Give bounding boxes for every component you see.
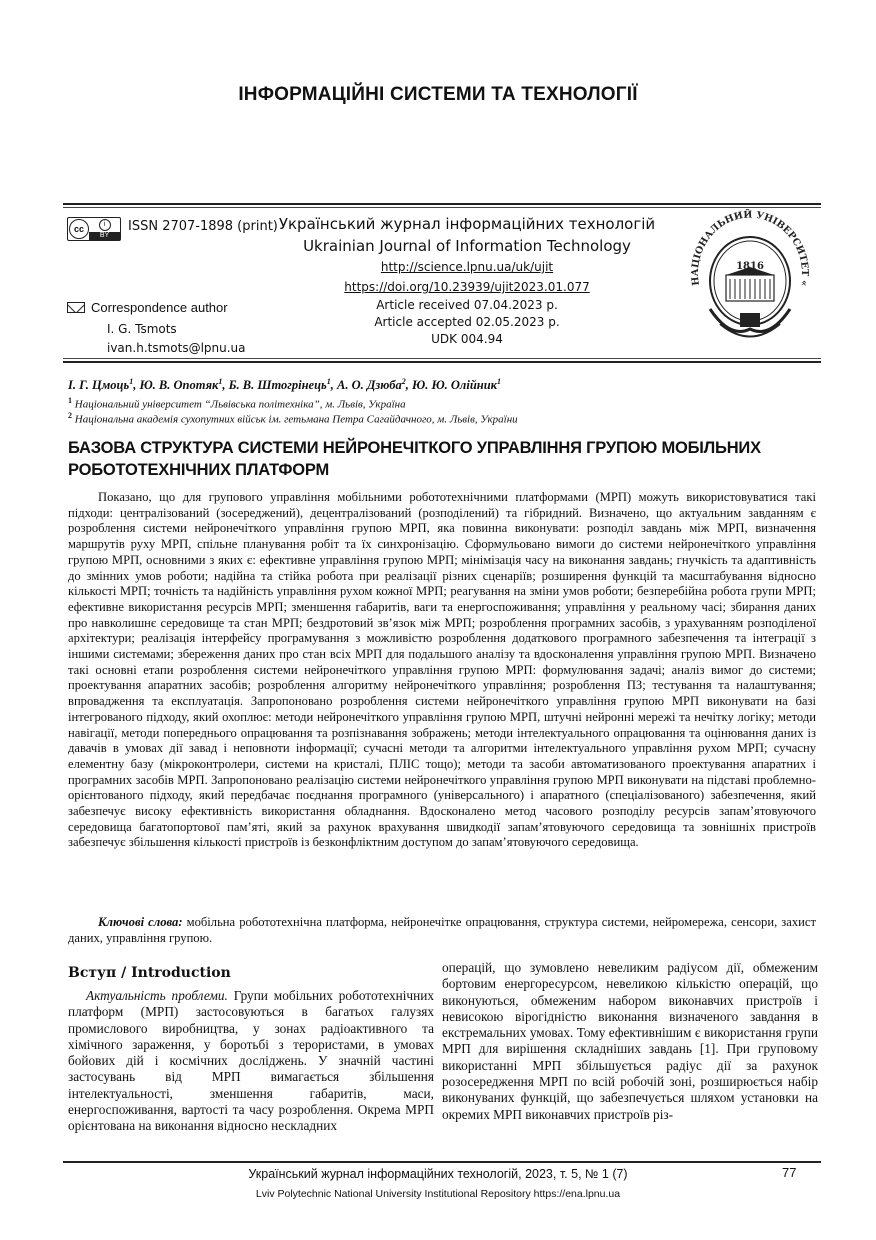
cc-logo: cc [69, 219, 89, 239]
left-column-text: Групи мобільних робототехнічних платформ… [68, 988, 434, 1133]
affiliation-2: 2 Національна академія сухопутних військ… [68, 411, 518, 426]
author-affiliation-mark: 2 [402, 377, 406, 386]
affiliation-text: Національна академія сухопутних військ і… [75, 414, 518, 426]
journal-title-uk: Український журнал інформаційних техноло… [273, 213, 661, 235]
creative-commons-by-icon: cc i BY [67, 217, 121, 241]
author-affiliation-mark: 1 [129, 377, 133, 386]
doi-link[interactable]: https://doi.org/10.23939/ujit2023.01.077 [273, 277, 661, 297]
accepted-date: Article accepted 02.05.2023 р. [273, 314, 661, 331]
udk: UDK 004.94 [273, 331, 661, 348]
article-info-box: cc i BY ISSN 2707-1898 (print) Correspon… [63, 203, 821, 363]
journal-url-link[interactable]: http://science.lpnu.ua/uk/ujit [273, 257, 661, 277]
author-name: Ю. Ю. Олійник [412, 378, 497, 392]
footer-divider [63, 1161, 821, 1163]
person-icon: i [99, 219, 111, 231]
received-date: Article received 07.04.2023 р. [273, 297, 661, 314]
divider [63, 207, 821, 208]
footer-repository: Lviv Polytechnic National University Ins… [0, 1188, 876, 1200]
correspondence-label: Correspondence author [67, 300, 228, 315]
affiliation-1: 1 Національний університет “Львівська по… [68, 396, 406, 411]
author-affiliation-mark: 1 [218, 377, 222, 386]
author-name: І. Г. Цмоць [68, 378, 129, 392]
keywords-label: Ключові слова: [98, 915, 183, 929]
author-affiliation-mark: 1 [327, 377, 331, 386]
introduction-left-column: Актуальність проблеми. Групи мобільних р… [68, 988, 434, 1135]
author-affiliation-mark: 1 [497, 377, 501, 386]
paper-title: БАЗОВА СТРУКТУРА СИСТЕМИ НЕЙРОНЕЧІТКОГО … [68, 437, 818, 481]
author-name: А. О. Дзюба [337, 378, 402, 392]
page-number: 77 [782, 1165, 796, 1180]
lead-italic: Актуальність проблеми. [86, 988, 228, 1003]
envelope-icon [67, 302, 85, 313]
affiliation-text: Національний університет “Львівська полі… [75, 399, 406, 411]
journal-title-en: Ukrainian Journal of Information Technol… [273, 235, 661, 257]
issn: ISSN 2707-1898 (print) [128, 219, 278, 234]
affiliation-number: 1 [68, 396, 72, 405]
correspondence-email[interactable]: ivan.h.tsmots@lpnu.ua [107, 341, 246, 355]
author-name: Б. В. Штогрінець [229, 378, 327, 392]
author-name: Ю. В. Опотяк [139, 378, 218, 392]
correspondence-name: I. G. Tsmots [107, 322, 177, 336]
affiliation-number: 2 [68, 411, 72, 420]
journal-block: Український журнал інформаційних техноло… [273, 213, 661, 348]
section-header: ІНФОРМАЦІЙНІ СИСТЕМИ ТА ТЕХНОЛОГІЇ [0, 84, 876, 106]
abstract: Показано, що для групового управління мо… [68, 490, 816, 851]
university-seal-icon: НАЦІОНАЛЬНИЙ УНІВЕРСИТЕТ «ЛЬВІВСЬКА ПОЛІ… [680, 209, 820, 355]
introduction-heading: Вступ / Introduction [68, 965, 231, 981]
keywords: Ключові слова: мобільна робототехнічна п… [68, 915, 816, 946]
by-label: BY [89, 232, 120, 240]
footer-journal-citation: Український журнал інформаційних техноло… [0, 1167, 876, 1181]
divider [63, 358, 821, 359]
introduction-right-column: операцій, що зумовлено невеликим радіусо… [442, 960, 818, 1123]
correspondence-label-text: Correspondence author [91, 300, 228, 315]
author-list: І. Г. Цмоць1, Ю. В. Опотяк1, Б. В. Штогр… [68, 377, 501, 393]
